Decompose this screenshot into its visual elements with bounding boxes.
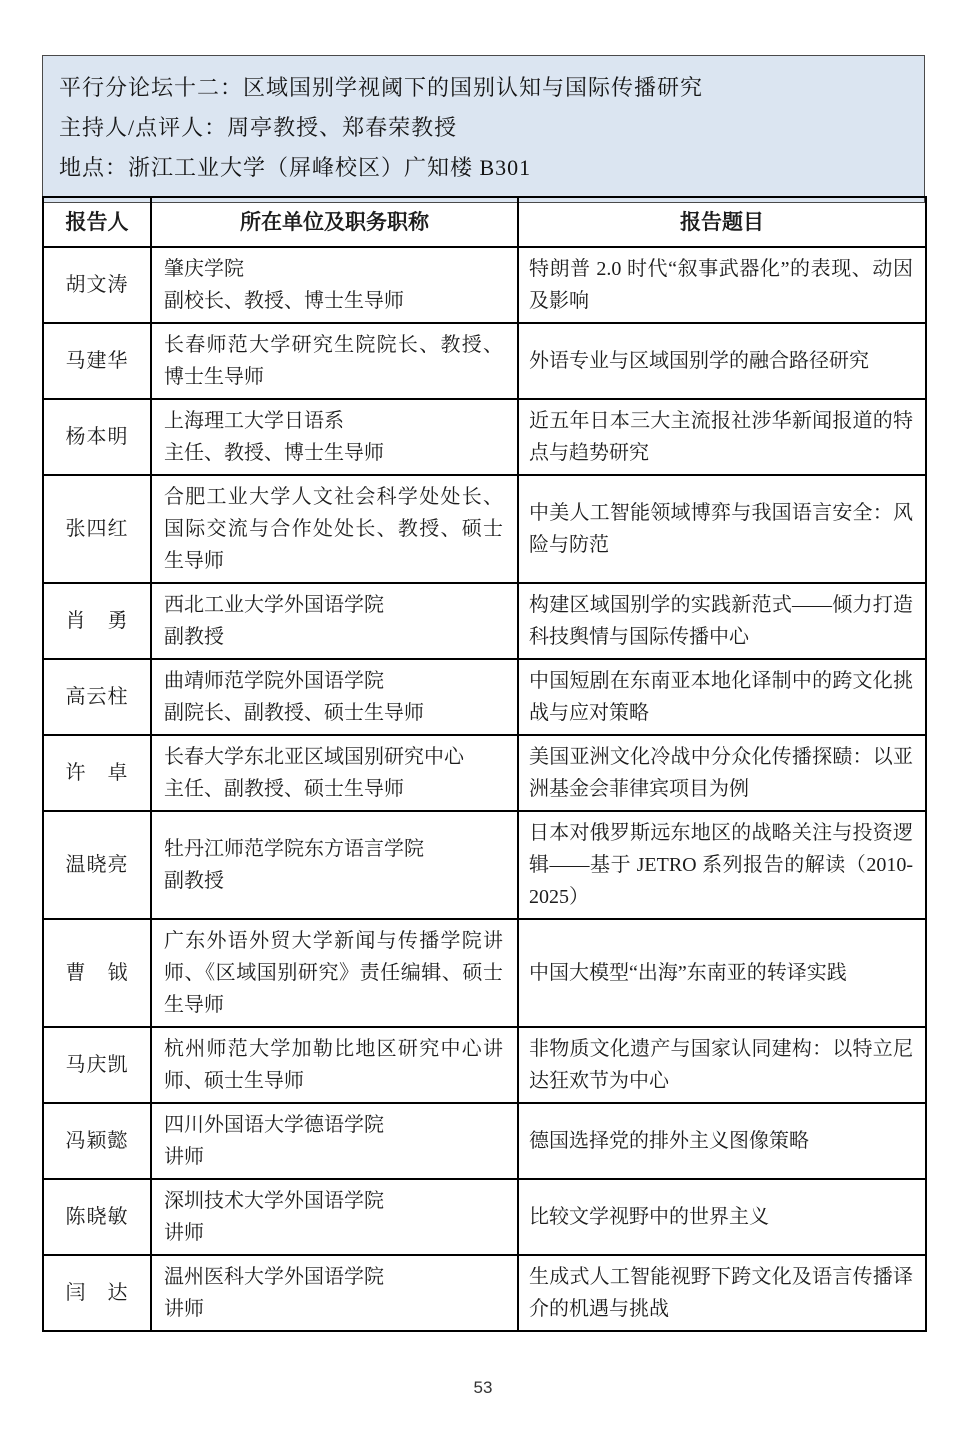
affiliation: 温州医科大学外国语学院 讲师 bbox=[151, 1255, 518, 1331]
table-row: 高云柱 曲靖师范学院外国语学院 副院长、副教授、硕士生导师 中国短剧在东南亚本地… bbox=[43, 659, 926, 735]
presenter-name: 杨本明 bbox=[43, 399, 151, 475]
affiliation: 合肥工业大学人文社会科学处处长、国际交流与合作处处长、教授、硕士生导师 bbox=[151, 475, 518, 583]
table-row: 许 卓 长春大学东北亚区域国别研究中心 主任、副教授、硕士生导师 美国亚洲文化冷… bbox=[43, 735, 926, 811]
presenter-name: 闫 达 bbox=[43, 1255, 151, 1331]
presenter-name: 张四红 bbox=[43, 475, 151, 583]
presentation-title: 中国短剧在东南亚本地化译制中的跨文化挑战与应对策略 bbox=[518, 659, 926, 735]
table-row: 陈晓敏 深圳技术大学外国语学院 讲师 比较文学视野中的世界主义 bbox=[43, 1179, 926, 1255]
table-header-row: 报告人 所在单位及职务职称 报告题目 bbox=[43, 197, 926, 247]
presentation-title: 外语专业与区域国别学的融合路径研究 bbox=[518, 323, 926, 399]
table-row: 肖 勇 西北工业大学外国语学院 副教授 构建区域国别学的实践新范式——倾力打造科… bbox=[43, 583, 926, 659]
session-header-box: 平行分论坛十二：区域国别学视阈下的国别认知与国际传播研究 主持人/点评人：周亭教… bbox=[42, 55, 925, 203]
affiliation: 长春师范大学研究生院院长、教授、博士生导师 bbox=[151, 323, 518, 399]
presentation-title: 日本对俄罗斯远东地区的战略关注与投资逻辑——基于 JETRO 系列报告的解读（2… bbox=[518, 811, 926, 919]
presentation-title: 美国亚洲文化冷战中分众化传播探赜：以亚洲基金会菲律宾项目为例 bbox=[518, 735, 926, 811]
presentation-title: 生成式人工智能视野下跨文化及语言传播译介的机遇与挑战 bbox=[518, 1255, 926, 1331]
table-row: 马庆凯 杭州师范大学加勒比地区研究中心讲师、硕士生导师 非物质文化遗产与国家认同… bbox=[43, 1027, 926, 1103]
affiliation: 曲靖师范学院外国语学院 副院长、副教授、硕士生导师 bbox=[151, 659, 518, 735]
document-page: 平行分论坛十二：区域国别学视阈下的国别认知与国际传播研究 主持人/点评人：周亭教… bbox=[0, 0, 966, 1438]
session-location: 地点：浙江工业大学（屏峰校区）广知楼 B301 bbox=[59, 148, 908, 188]
table-row: 马建华 长春师范大学研究生院院长、教授、博士生导师 外语专业与区域国别学的融合路… bbox=[43, 323, 926, 399]
presenter-name: 陈晓敏 bbox=[43, 1179, 151, 1255]
presenter-name: 温晓亮 bbox=[43, 811, 151, 919]
presentation-title: 构建区域国别学的实践新范式——倾力打造科技舆情与国际传播中心 bbox=[518, 583, 926, 659]
presentation-title: 中国大模型“出海”东南亚的转译实践 bbox=[518, 919, 926, 1027]
affiliation: 西北工业大学外国语学院 副教授 bbox=[151, 583, 518, 659]
affiliation: 深圳技术大学外国语学院 讲师 bbox=[151, 1179, 518, 1255]
col-header-affiliation: 所在单位及职务职称 bbox=[151, 197, 518, 247]
table-row: 杨本明 上海理工大学日语系 主任、教授、博士生导师 近五年日本三大主流报社涉华新… bbox=[43, 399, 926, 475]
session-title: 平行分论坛十二：区域国别学视阈下的国别认知与国际传播研究 bbox=[59, 68, 908, 108]
program-table: 报告人 所在单位及职务职称 报告题目 胡文涛 肇庆学院 副校长、教授、博士生导师… bbox=[42, 196, 927, 1332]
presenter-name: 胡文涛 bbox=[43, 247, 151, 323]
presentation-title: 特朗普 2.0 时代“叙事武器化”的表现、动因及影响 bbox=[518, 247, 926, 323]
presenter-name: 肖 勇 bbox=[43, 583, 151, 659]
presenter-name: 马庆凯 bbox=[43, 1027, 151, 1103]
presentation-title: 德国选择党的排外主义图像策略 bbox=[518, 1103, 926, 1179]
presentation-title: 近五年日本三大主流报社涉华新闻报道的特点与趋势研究 bbox=[518, 399, 926, 475]
affiliation: 牡丹江师范学院东方语言学院 副教授 bbox=[151, 811, 518, 919]
table-row: 胡文涛 肇庆学院 副校长、教授、博士生导师 特朗普 2.0 时代“叙事武器化”的… bbox=[43, 247, 926, 323]
presenter-name: 许 卓 bbox=[43, 735, 151, 811]
col-header-title: 报告题目 bbox=[518, 197, 926, 247]
table-row: 曹 钺 广东外语外贸大学新闻与传播学院讲师、《区域国别研究》责任编辑、硕士生导师… bbox=[43, 919, 926, 1027]
presentation-title: 非物质文化遗产与国家认同建构：以特立尼达狂欢节为中心 bbox=[518, 1027, 926, 1103]
presenter-name: 马建华 bbox=[43, 323, 151, 399]
presenter-name: 冯颖懿 bbox=[43, 1103, 151, 1179]
table-row: 张四红 合肥工业大学人文社会科学处处长、国际交流与合作处处长、教授、硕士生导师 … bbox=[43, 475, 926, 583]
page-number: 53 bbox=[0, 1378, 966, 1398]
affiliation: 四川外国语大学德语学院 讲师 bbox=[151, 1103, 518, 1179]
affiliation: 长春大学东北亚区域国别研究中心 主任、副教授、硕士生导师 bbox=[151, 735, 518, 811]
affiliation: 广东外语外贸大学新闻与传播学院讲师、《区域国别研究》责任编辑、硕士生导师 bbox=[151, 919, 518, 1027]
affiliation: 上海理工大学日语系 主任、教授、博士生导师 bbox=[151, 399, 518, 475]
presenter-name: 高云柱 bbox=[43, 659, 151, 735]
table-row: 闫 达 温州医科大学外国语学院 讲师 生成式人工智能视野下跨文化及语言传播译介的… bbox=[43, 1255, 926, 1331]
col-header-presenter: 报告人 bbox=[43, 197, 151, 247]
presentation-title: 中美人工智能领域博弈与我国语言安全：风险与防范 bbox=[518, 475, 926, 583]
affiliation: 肇庆学院 副校长、教授、博士生导师 bbox=[151, 247, 518, 323]
affiliation: 杭州师范大学加勒比地区研究中心讲师、硕士生导师 bbox=[151, 1027, 518, 1103]
table-row: 温晓亮 牡丹江师范学院东方语言学院 副教授 日本对俄罗斯远东地区的战略关注与投资… bbox=[43, 811, 926, 919]
table-row: 冯颖懿 四川外国语大学德语学院 讲师 德国选择党的排外主义图像策略 bbox=[43, 1103, 926, 1179]
presentation-title: 比较文学视野中的世界主义 bbox=[518, 1179, 926, 1255]
session-moderators: 主持人/点评人：周亭教授、郑春荣教授 bbox=[59, 108, 908, 148]
presenter-name: 曹 钺 bbox=[43, 919, 151, 1027]
